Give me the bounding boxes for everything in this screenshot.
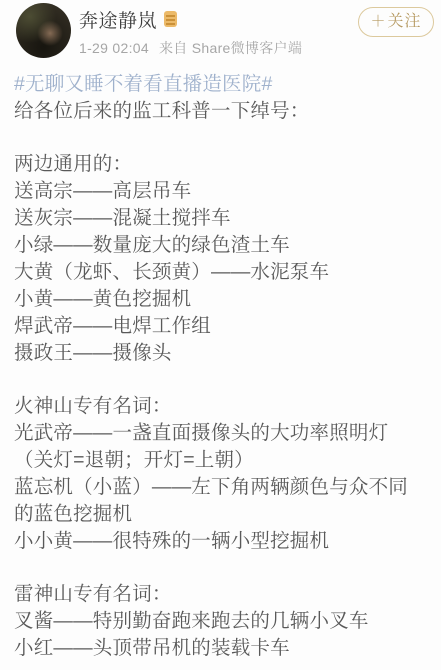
paragraph-spacer [14, 555, 427, 581]
post-line: 小红——头顶带吊机的装载卡车 [14, 635, 427, 662]
post-line: 小黄——黄色挖掘机 [14, 286, 427, 313]
post-line: 小绿——数量庞大的绿色渣土车 [14, 232, 427, 259]
weibo-post-card: 奔途静岚 1-29 02:04来自 Share微博客户端 ＋关注 #无聊又睡不着… [0, 0, 441, 670]
post-line: 雷神山专有名词： [14, 581, 427, 608]
paragraph-spacer [14, 367, 427, 393]
client-source-link[interactable]: Share微博客户端 [192, 40, 302, 56]
avatar[interactable] [16, 3, 71, 58]
post-line: 蓝忘机（小蓝）——左下角两辆颜色与众不同的蓝色挖掘机 [14, 474, 427, 528]
post-line: 送灰宗——混凝土搅拌车 [14, 205, 427, 232]
username-row: 奔途静岚 [79, 8, 302, 30]
post-line: 给各位后来的监工科普一下绰号： [14, 98, 427, 125]
post-line: 大黄（龙虾、长颈黄）——水泥泵车 [14, 259, 427, 286]
username[interactable]: 奔途静岚 [79, 6, 157, 33]
timestamp: 1-29 02:04 [79, 40, 149, 56]
post-line: 焊武帝——电焊工作组 [14, 313, 427, 340]
follow-button[interactable]: ＋关注 [358, 7, 434, 37]
member-badge-icon [164, 11, 177, 27]
post-line: 摄政王——摄像头 [14, 340, 427, 367]
post-meta: 1-29 02:04来自 Share微博客户端 [79, 38, 302, 58]
post-body: #无聊又睡不着看直播造医院#给各位后来的监工科普一下绰号：两边通用的：送高宗——… [0, 64, 441, 662]
post-header: 奔途静岚 1-29 02:04来自 Share微博客户端 ＋关注 [0, 0, 441, 64]
follow-button-label: 关注 [388, 13, 422, 30]
post-line: 两边通用的： [14, 151, 427, 178]
post-line: 叉酱——特别勤奋跑来跑去的几辆小叉车 [14, 608, 427, 635]
post-line: 光武帝——一盏直面摄像头的大功率照明灯（关灯=退朝；开灯=上朝） [14, 420, 427, 474]
source-prefix: 来自 [159, 40, 188, 56]
post-line: 送高宗——高层吊车 [14, 178, 427, 205]
post-hashtag-link[interactable]: #无聊又睡不着看直播造医院# [14, 71, 427, 98]
post-line: 火神山专有名词： [14, 393, 427, 420]
plus-icon: ＋ [370, 13, 386, 30]
header-info: 奔途静岚 1-29 02:04来自 Share微博客户端 [79, 8, 302, 58]
post-line: 小小黄——很特殊的一辆小型挖掘机 [14, 528, 427, 555]
paragraph-spacer [14, 125, 427, 151]
